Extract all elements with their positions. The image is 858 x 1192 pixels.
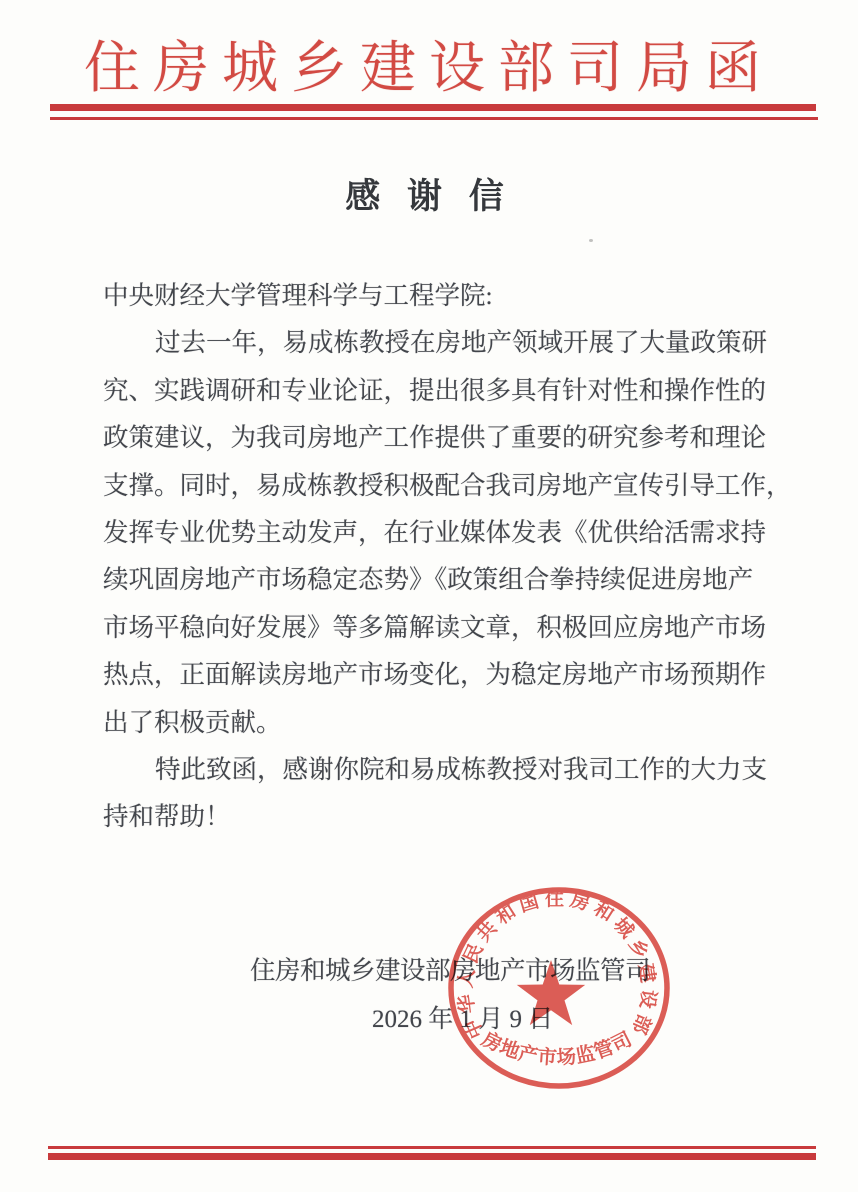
- body-line: 支撑。同时，易成栋教授积极配合我司房地产宣传引导工作，: [103, 462, 783, 509]
- footer-rule-thick: [48, 1153, 816, 1160]
- header-rule-thin: [50, 117, 818, 120]
- body-line: 出了积极贡献。: [103, 699, 783, 746]
- body-line: 发挥专业优势主动发声，在行业媒体发表《优供给活需求持: [103, 509, 783, 556]
- official-seal: 中华人民共和国住房和城乡建设部 房地产市场监管司: [445, 880, 681, 1098]
- letter-body: 中央财经大学管理科学与工程学院: 过去一年，易成栋教授在房地产领域开展了大量政策…: [103, 272, 783, 841]
- body-line: 持和帮助！: [103, 793, 783, 840]
- body-line-salutation: 中央财经大学管理科学与工程学院:: [103, 272, 783, 319]
- seal-ring-text: 中华人民共和国住房和城乡建设部: [453, 887, 660, 1042]
- body-line: 续巩固房地产市场稳定态势》《政策组合拳持续促进房地产: [103, 556, 783, 603]
- star-icon: [517, 960, 585, 1025]
- letter-page: 住房城乡建设部司局函 感 谢 信 中央财经大学管理科学与工程学院: 过去一年，易…: [0, 0, 858, 1192]
- body-line: 市场平稳向好发展》等多篇解读文章，积极回应房地产市场: [103, 604, 783, 651]
- letterhead-title: 住房城乡建设部司局函: [0, 24, 858, 104]
- body-line: 政策建议，为我司房地产工作提供了重要的研究参考和理论: [103, 414, 783, 461]
- body-line: 过去一年，易成栋教授在房地产领域开展了大量政策研: [103, 319, 783, 366]
- letter-title: 感 谢 信: [0, 169, 858, 219]
- scan-speck: [589, 239, 593, 242]
- body-line: 热点，正面解读房地产市场变化，为稳定房地产市场预期作: [103, 651, 783, 698]
- footer-rule-thin: [48, 1146, 816, 1149]
- seal-bottom-text: 房地产市场监管司: [477, 1027, 636, 1069]
- header-rule-thick: [50, 104, 816, 111]
- body-line: 特此致函，感谢你院和易成栋教授对我司工作的大力支: [103, 746, 783, 793]
- body-line: 究、实践调研和专业论证，提出很多具有针对性和操作性的: [103, 367, 783, 414]
